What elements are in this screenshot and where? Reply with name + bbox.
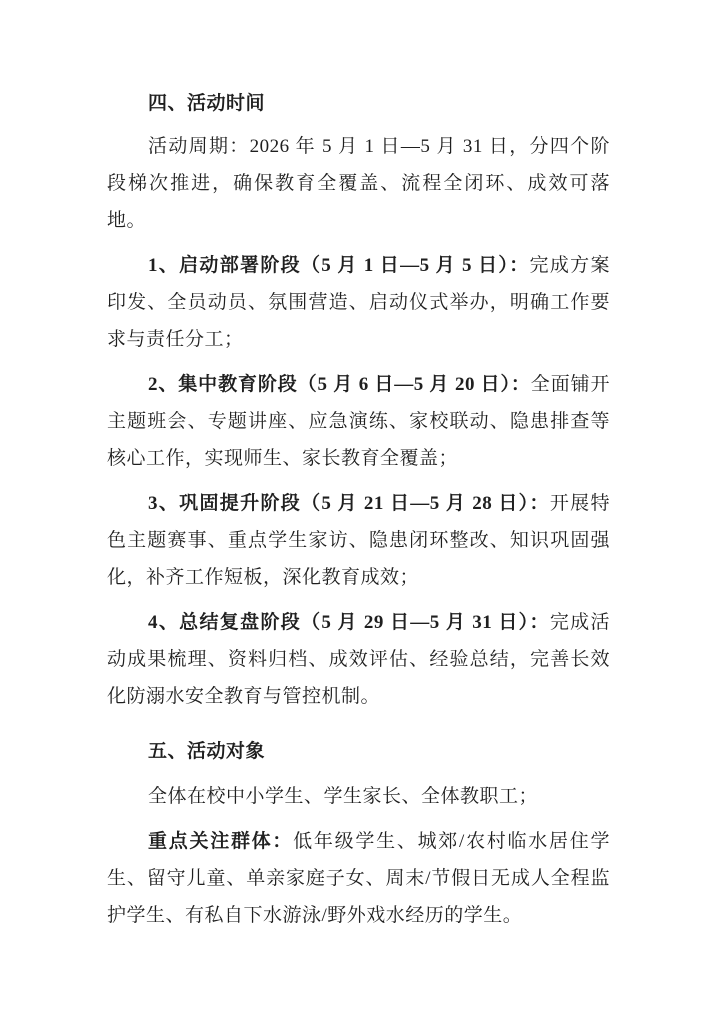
paragraph-audience: 全体在校中小学生、学生家长、全体教职工； xyxy=(107,778,610,815)
paragraph-phase-1: 1、启动部署阶段（5 月 1 日—5 月 5 日）：完成方案印发、全员动员、氛围… xyxy=(107,247,610,358)
paragraph-phase-4: 4、总结复盘阶段（5 月 29 日—5 月 31 日）：完成活动成果梳理、资料归… xyxy=(107,604,610,715)
paragraph-focus-groups: 重点关注群体：低年级学生、城郊/农村临水居住学生、留守儿童、单亲家庭子女、周末/… xyxy=(107,823,610,934)
document-page: 四、活动时间 活动周期：2026 年 5 月 1 日—5 月 31 日，分四个阶… xyxy=(0,0,724,1024)
phase-1-title: 1、启动部署阶段（5 月 1 日—5 月 5 日）： xyxy=(148,255,530,276)
section-heading-activity-target: 五、活动对象 xyxy=(107,733,610,770)
paragraph-phase-3: 3、巩固提升阶段（5 月 21 日—5 月 28 日）：开展特色主题赛事、重点学… xyxy=(107,485,610,596)
focus-groups-title: 重点关注群体： xyxy=(148,831,293,852)
section-heading-activity-time: 四、活动时间 xyxy=(107,85,610,122)
paragraph-phase-2: 2、集中教育阶段（5 月 6 日—5 月 20 日）：全面铺开主题班会、专题讲座… xyxy=(107,366,610,477)
phase-4-title: 4、总结复盘阶段（5 月 29 日—5 月 31 日）： xyxy=(148,612,550,633)
paragraph-activity-period: 活动周期：2026 年 5 月 1 日—5 月 31 日，分四个阶段梯次推进，确… xyxy=(107,128,610,239)
phase-3-title: 3、巩固提升阶段（5 月 21 日—5 月 28 日）： xyxy=(148,493,550,514)
phase-2-title: 2、集中教育阶段（5 月 6 日—5 月 20 日）： xyxy=(148,374,531,395)
